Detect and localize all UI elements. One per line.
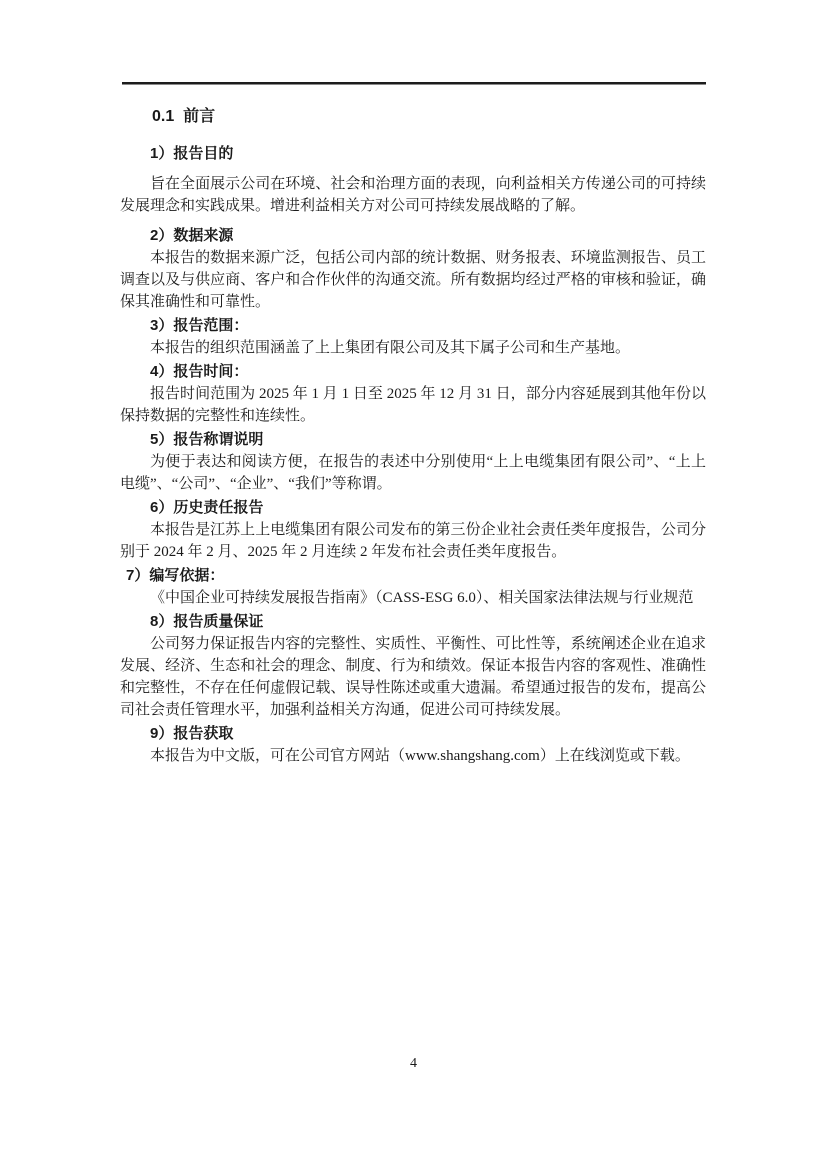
heading-report-access: 9）报告获取 (150, 723, 706, 745)
heading-history-reports: 6）历史责任报告 (150, 497, 706, 519)
document-content: 0.1 前言 1）报告目的 旨在全面展示公司在环境、社会和治理方面的表现，向利益… (120, 106, 706, 767)
document-page: 0.1 前言 1）报告目的 旨在全面展示公司在环境、社会和治理方面的表现，向利益… (0, 0, 827, 1170)
heading-report-period: 4）报告时间： (150, 361, 706, 383)
para-report-scope: 本报告的组织范围涵盖了上上集团有限公司及其下属子公司和生产基地。 (120, 337, 706, 359)
heading-compilation-basis: 7）编写依据： (126, 565, 706, 587)
heading-report-purpose: 1）报告目的 (150, 143, 706, 165)
para-report-period: 报告时间范围为 2025 年 1 月 1 日至 2025 年 12 月 31 日… (120, 383, 706, 427)
section-title: 0.1 前言 (152, 106, 706, 128)
para-compilation-basis: 《中国企业可持续发展报告指南》（CASS-ESG 6.0）、相关国家法律法规与行… (120, 587, 706, 609)
heading-report-terms: 5）报告称谓说明 (150, 429, 706, 451)
para-history-reports: 本报告是江苏上上电缆集团有限公司发布的第三份企业社会责任类年度报告，公司分别于 … (120, 519, 706, 563)
header-rule (122, 82, 706, 85)
para-quality-assurance: 公司努力保证报告内容的完整性、实质性、平衡性、可比性等，系统阐述企业在追求发展、… (120, 633, 706, 721)
para-report-terms: 为便于表达和阅读方便，在报告的表述中分别使用“上上电缆集团有限公司”、“上上电缆… (120, 451, 706, 495)
page-number: 4 (410, 1056, 417, 1071)
heading-quality-assurance: 8）报告质量保证 (150, 611, 706, 633)
heading-report-scope: 3）报告范围： (150, 315, 706, 337)
para-report-purpose: 旨在全面展示公司在环境、社会和治理方面的表现，向利益相关方传递公司的可持续发展理… (120, 173, 706, 217)
heading-data-sources: 2）数据来源 (150, 225, 706, 247)
page-footer: 4 (0, 1054, 827, 1074)
para-data-sources: 本报告的数据来源广泛，包括公司内部的统计数据、财务报表、环境监测报告、员工调查以… (120, 247, 706, 313)
para-report-access: 本报告为中文版，可在公司官方网站（www.shangshang.com）上在线浏… (120, 745, 706, 767)
